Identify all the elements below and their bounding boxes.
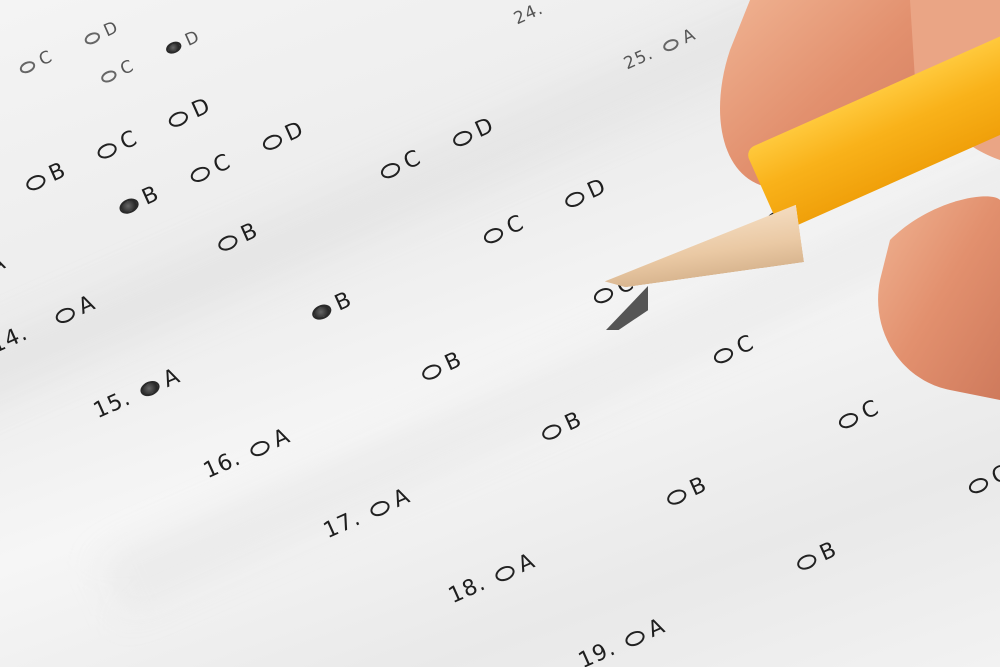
bubble-D-filled[interactable] — [164, 39, 183, 56]
bubble-D[interactable] — [450, 128, 474, 149]
bubble-B[interactable] — [420, 361, 444, 382]
bubble-C[interactable] — [966, 475, 990, 496]
bubble-C[interactable] — [18, 58, 37, 75]
bubble-C[interactable] — [99, 68, 118, 85]
bubble-C[interactable] — [95, 140, 119, 161]
bubble-B[interactable] — [216, 232, 240, 253]
bubble-A[interactable] — [623, 628, 647, 649]
answer-row-24: 24. — [511, 0, 552, 29]
thumb — [878, 196, 1000, 400]
bubble-A[interactable] — [661, 36, 680, 53]
bubble-B-filled[interactable] — [117, 195, 141, 216]
bubble-A[interactable] — [493, 563, 517, 584]
bubble-D[interactable] — [167, 108, 191, 129]
bubble-D[interactable] — [562, 189, 586, 210]
bubble-C[interactable] — [836, 410, 860, 431]
bubble-C[interactable] — [378, 160, 402, 181]
bubble-D[interactable] — [83, 30, 102, 47]
bubble-B-filled[interactable] — [310, 301, 334, 322]
bubble-A[interactable] — [248, 438, 272, 459]
bubble-A[interactable] — [368, 498, 392, 519]
bubble-A[interactable] — [53, 304, 77, 325]
bubble-D[interactable] — [260, 132, 284, 153]
bubble-C[interactable] — [591, 285, 615, 306]
answer-row-19: 19. A B C — [575, 461, 1000, 667]
bubble-B[interactable] — [540, 421, 564, 442]
bubble-A-filled[interactable] — [138, 378, 162, 399]
bubble-B[interactable] — [24, 172, 48, 193]
bubble-B[interactable] — [665, 486, 689, 507]
bubble-C[interactable] — [481, 225, 505, 246]
bubble-B[interactable] — [795, 551, 819, 572]
bubble-C[interactable] — [188, 163, 212, 184]
